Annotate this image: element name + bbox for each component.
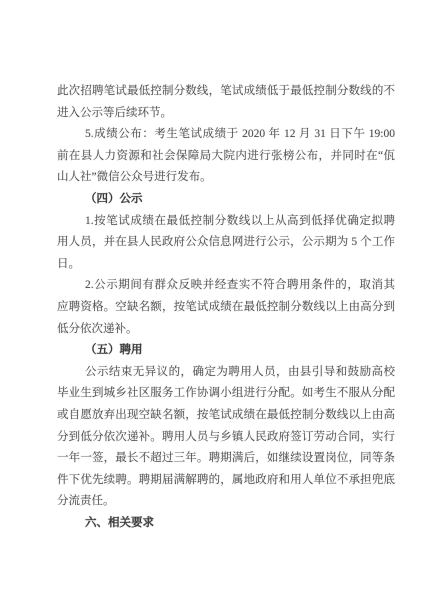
text-line: 用人员，并在县人民政府公众信息网进行公示，公示期为 5 个工作 (57, 232, 395, 254)
text-line: 分流责任。 (57, 491, 395, 513)
text-line: 此次招聘笔试最低控制分数线，笔试成绩低于最低控制分数线的不 (57, 81, 395, 103)
heading-related-requirements: 六、相关要求 (57, 513, 395, 535)
text-line: 毕业生到城乡社区服务工作协调小组进行分配。如考生不服从分配 (57, 383, 395, 405)
document-text-column: 此次招聘笔试最低控制分数线，笔试成绩低于最低控制分数线的不 进入公示等后续环节。… (57, 81, 395, 534)
text-line: 2.公示期间有群众反映并经查实不符合聘用条件的，取消其 (57, 275, 395, 297)
heading-employment-section: （五）聘用 (57, 340, 395, 362)
text-line: 1.按笔试成绩在最低控制分数线以上从高到低择优确定拟聘 (57, 211, 395, 233)
text-line: 低分依次递补。 (57, 319, 395, 341)
text-line: 件下优先续聘。聘期届满解聘的，属地政府和用人单位不承担兜底 (57, 470, 395, 492)
text-line: 或自愿放弃出现空缺名额，按笔试成绩在最低控制分数线以上由高 (57, 405, 395, 427)
document-page: 此次招聘笔试最低控制分数线，笔试成绩低于最低控制分数线的不 进入公示等后续环节。… (0, 0, 444, 600)
text-line: 分到低分依次递补。聘用人员与乡镇人民政府签订劳动合同，实行 (57, 427, 395, 449)
text-line: 山人社”微信公众号进行发布。 (57, 167, 395, 189)
text-line-score-announcement: 5.成绩公布：考生笔试成绩于 2020 年 12 月 31 日下午 19:00 (57, 124, 395, 146)
text-line: 应聘资格。空缺名额，按笔试成绩在最低控制分数线以上由高分到 (57, 297, 395, 319)
text-line: 进入公示等后续环节。 (57, 103, 395, 125)
text-line: 前在县人力资源和社会保障局大院内进行张榜公布，并同时在“佤 (57, 146, 395, 168)
heading-publicity-section: （四）公示 (57, 189, 395, 211)
text-line: 日。 (57, 254, 395, 276)
text-line: 一年一签，最长不超过三年。聘期满后，如继续设置岗位，同等条 (57, 448, 395, 470)
text-line: 公示结束无异议的，确定为聘用人员，由县引导和鼓励高校 (57, 362, 395, 384)
